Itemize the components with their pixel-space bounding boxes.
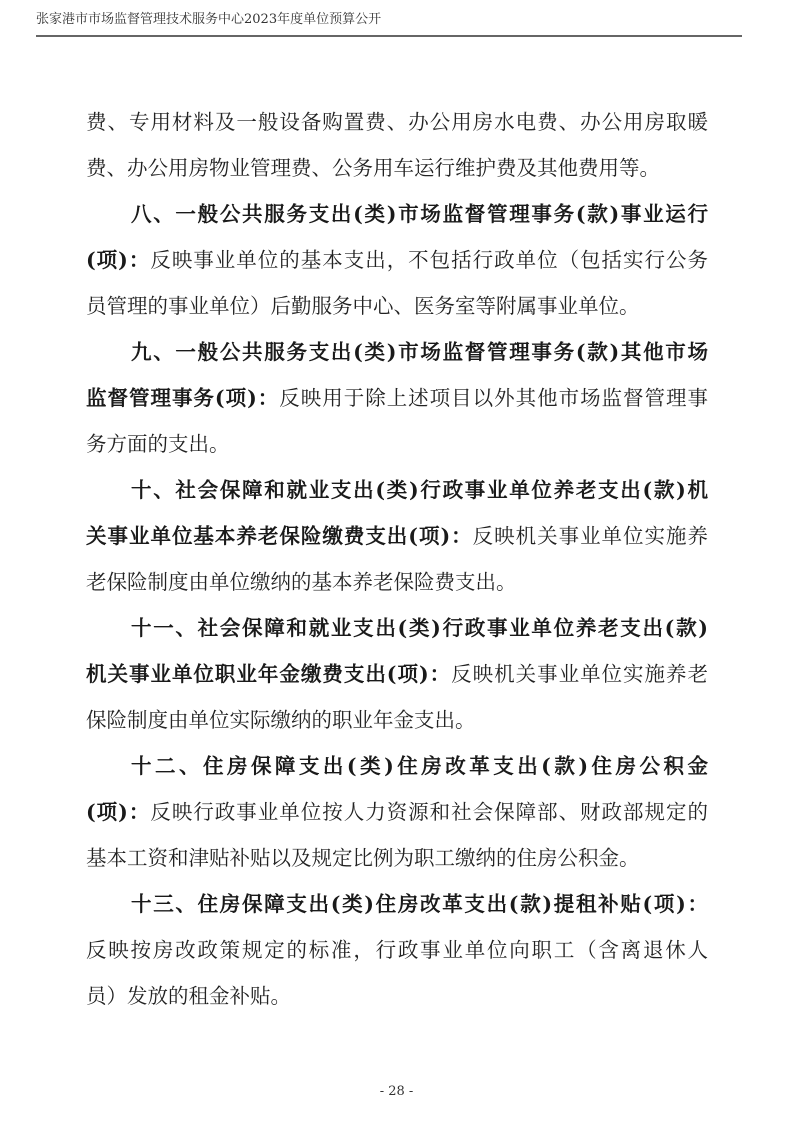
item-heading: (项)： (86, 248, 150, 272)
text-line: 务方面的支出。 (86, 421, 708, 467)
text-line: 十、社会保障和就业支出(类)行政事业单位养老支出(款)机 (86, 467, 708, 513)
body-text: 反映行政事业单位按人力资源和社会保障部、财政部规定的 (150, 800, 708, 824)
paragraph-item-10: 十、社会保障和就业支出(类)行政事业单位养老支出(款)机 关事业单位基本养老保险… (86, 467, 708, 605)
paragraph-item-13: 十三、住房保障支出(类)住房改革支出(款)提租补贴(项)： 反映按房改政策规定的… (86, 881, 708, 1019)
text-line: 员管理的事业单位）后勤服务中心、医务室等附属事业单位。 (86, 283, 708, 329)
body-text: 员）发放的租金补贴。 (86, 984, 291, 1008)
text-line: 十三、住房保障支出(类)住房改革支出(款)提租补贴(项)： (86, 881, 708, 927)
text-line: 员）发放的租金补贴。 (86, 973, 708, 1019)
text-line: 机关事业单位职业年金缴费支出(项)：反映机关事业单位实施养老 (86, 651, 708, 697)
body-text: 基本工资和津贴补贴以及规定比例为职工缴纳的住房公积金。 (86, 846, 640, 870)
text-line: (项)：反映事业单位的基本支出，不包括行政单位（包括实行公务 (86, 237, 708, 283)
body-text: 员管理的事业单位）后勤服务中心、医务室等附属事业单位。 (86, 294, 640, 318)
paragraph-item-8: 八、一般公共服务支出(类)市场监督管理事务(款)事业运行 (项)：反映事业单位的… (86, 191, 708, 329)
document-body: 费、专用材料及一般设备购置费、办公用房水电费、办公用房取暖 费、办公用房物业管理… (86, 99, 708, 1019)
body-text: 反映按房改政策规定的标准，行政事业单位向职工（含离退休人 (86, 938, 708, 962)
body-text: 费、专用材料及一般设备购置费、办公用房水电费、办公用房取暖 (86, 110, 708, 134)
body-text: 老保险制度由单位缴纳的基本养老保险费支出。 (86, 570, 517, 594)
header-title: 张家港市市场监督管理技术服务中心2023年度单位预算公开 (36, 12, 742, 28)
text-line: 基本工资和津贴补贴以及规定比例为职工缴纳的住房公积金。 (86, 835, 708, 881)
text-line: 八、一般公共服务支出(类)市场监督管理事务(款)事业运行 (86, 191, 708, 237)
page-header: 张家港市市场监督管理技术服务中心2023年度单位预算公开 (36, 12, 742, 28)
paragraph-item-11: 十一、社会保障和就业支出(类)行政事业单位养老支出(款) 机关事业单位职业年金缴… (86, 605, 708, 743)
item-heading: 十、社会保障和就业支出(类)行政事业单位养老支出(款)机 (131, 478, 708, 502)
text-line: 十一、社会保障和就业支出(类)行政事业单位养老支出(款) (86, 605, 708, 651)
item-heading: 关事业单位基本养老保险缴费支出(项)： (86, 524, 473, 548)
header-divider (36, 35, 742, 37)
body-text: 反映机关事业单位实施养老 (451, 662, 708, 686)
body-text: 反映用于除上述项目以外其他市场监督管理事 (279, 386, 708, 410)
body-text: 反映机关事业单位实施养 (473, 524, 708, 548)
text-line: 监督管理事务(项)：反映用于除上述项目以外其他市场监督管理事 (86, 375, 708, 421)
text-line: 反映按房改政策规定的标准，行政事业单位向职工（含离退休人 (86, 927, 708, 973)
item-heading: 八、一般公共服务支出(类)市场监督管理事务(款)事业运行 (131, 202, 708, 226)
item-heading: 监督管理事务(项)： (86, 386, 279, 410)
text-line: 保险制度由单位实际缴纳的职业年金支出。 (86, 697, 708, 743)
item-heading: 机关事业单位职业年金缴费支出(项)： (86, 662, 451, 686)
text-line: 费、办公用房物业管理费、公务用车运行维护费及其他费用等。 (86, 145, 708, 191)
item-heading: (项)： (86, 800, 150, 824)
text-line: 费、专用材料及一般设备购置费、办公用房水电费、办公用房取暖 (86, 99, 708, 145)
paragraph-item-9: 九、一般公共服务支出(类)市场监督管理事务(款)其他市场 监督管理事务(项)：反… (86, 329, 708, 467)
item-heading: 十二、住房保障支出(类)住房改革支出(款)住房公积金 (131, 754, 708, 778)
body-text: 务方面的支出。 (86, 432, 230, 456)
body-text: 保险制度由单位实际缴纳的职业年金支出。 (86, 708, 476, 732)
text-line: 关事业单位基本养老保险缴费支出(项)：反映机关事业单位实施养 (86, 513, 708, 559)
body-text: 反映事业单位的基本支出，不包括行政单位（包括实行公务 (150, 248, 708, 272)
text-line: 十二、住房保障支出(类)住房改革支出(款)住房公积金 (86, 743, 708, 789)
page-number: - 28 - (0, 1084, 793, 1099)
item-heading: 九、一般公共服务支出(类)市场监督管理事务(款)其他市场 (131, 340, 708, 364)
paragraph-item-12: 十二、住房保障支出(类)住房改革支出(款)住房公积金 (项)：反映行政事业单位按… (86, 743, 708, 881)
text-line: (项)：反映行政事业单位按人力资源和社会保障部、财政部规定的 (86, 789, 708, 835)
text-line: 老保险制度由单位缴纳的基本养老保险费支出。 (86, 559, 708, 605)
text-line: 九、一般公共服务支出(类)市场监督管理事务(款)其他市场 (86, 329, 708, 375)
item-heading: 十三、住房保障支出(类)住房改革支出(款)提租补贴(项)： (131, 892, 708, 916)
item-heading: 十一、社会保障和就业支出(类)行政事业单位养老支出(款) (131, 616, 708, 640)
body-text: 费、办公用房物业管理费、公务用车运行维护费及其他费用等。 (86, 156, 660, 180)
paragraph-continuation: 费、专用材料及一般设备购置费、办公用房水电费、办公用房取暖 费、办公用房物业管理… (86, 99, 708, 191)
